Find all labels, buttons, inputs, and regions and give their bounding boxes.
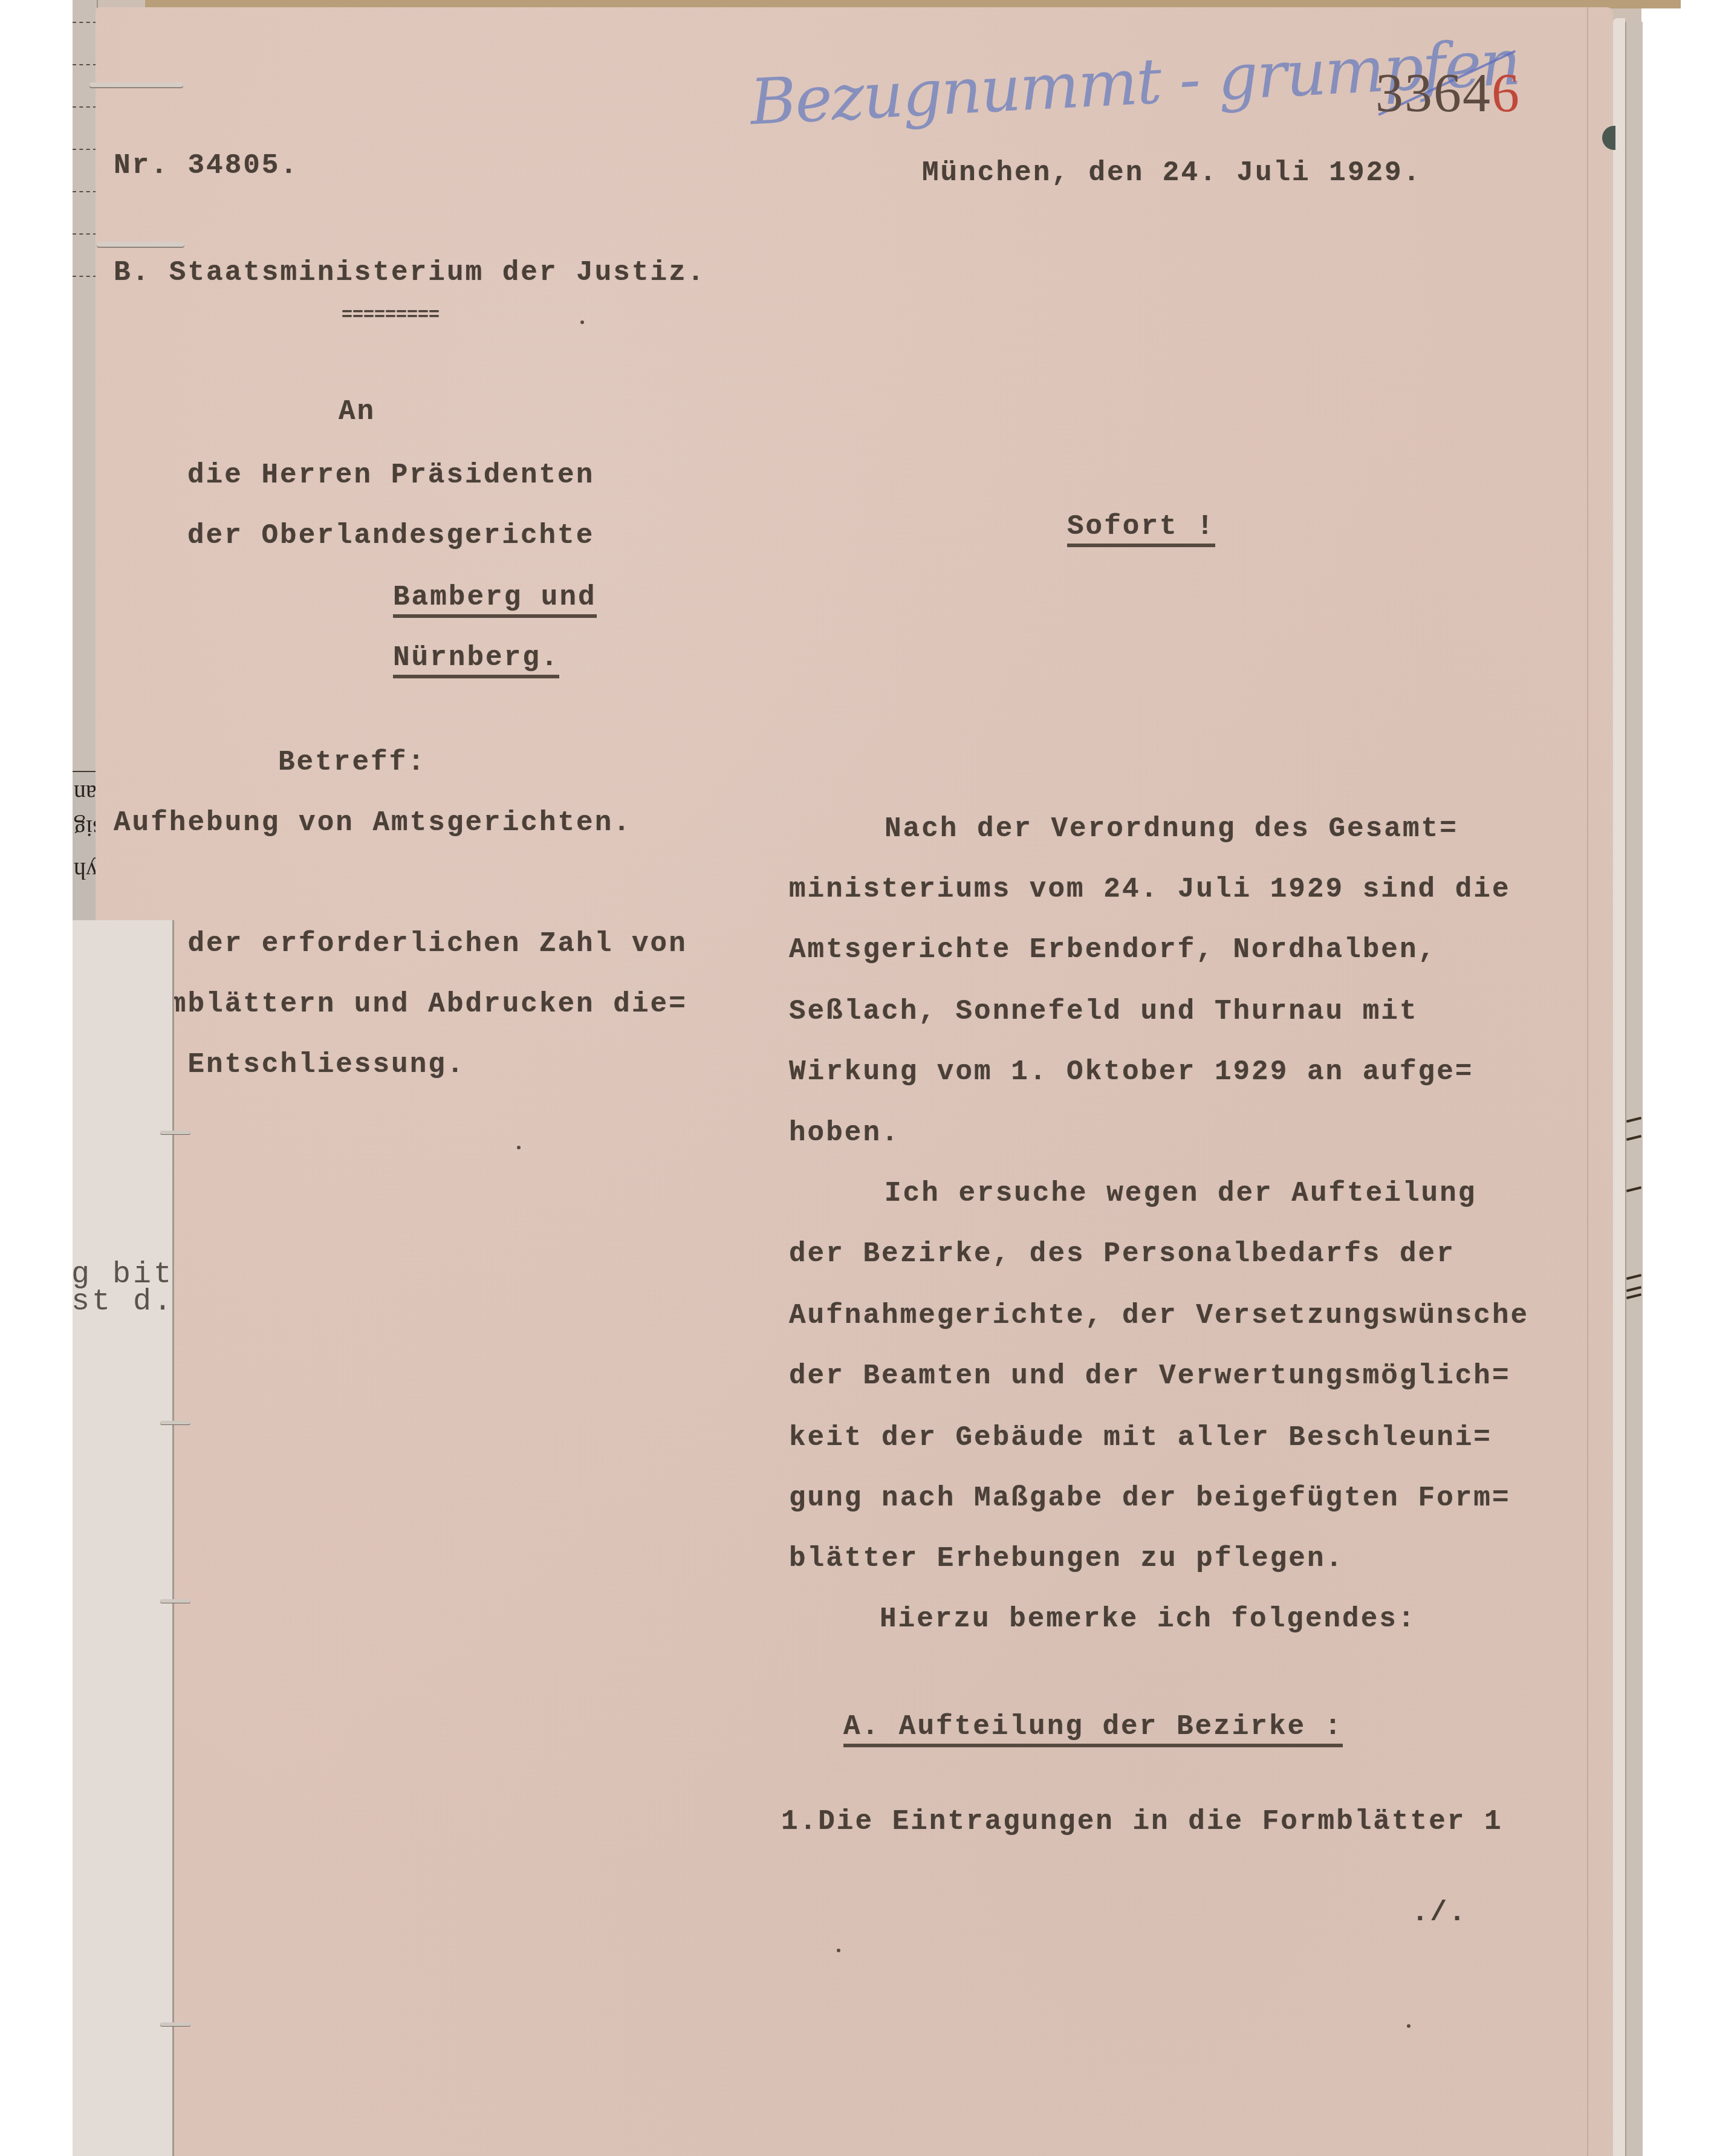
body-p1-line-6: hoben. <box>789 1117 900 1149</box>
recipient-line-1: die Herren Präsidenten <box>187 459 594 491</box>
reference-number: Nr. 34805. <box>114 150 299 181</box>
page-fold-line <box>1587 7 1588 2156</box>
spine-dash <box>73 106 97 108</box>
recipient-line-3: Bamberg und <box>393 582 597 618</box>
stamp-number-last-digit: 6 <box>1492 62 1521 123</box>
sender-ministry: B. Staatsministerium der Justiz. <box>114 257 706 288</box>
subject-text: Aufhebung von Amtsgerichten. <box>114 807 632 839</box>
binding-string <box>89 82 183 87</box>
paper-speck <box>837 1949 840 1952</box>
binding-stitch <box>160 1421 190 1424</box>
paper-speck <box>580 320 584 324</box>
body-p2-line-2: der Bezirke, des Personalbedarfs der <box>789 1238 1455 1270</box>
continuation-mark: ./. <box>1412 1897 1467 1929</box>
inserted-paper-slip <box>73 920 174 2156</box>
underlying-page-edge <box>1612 18 1625 2156</box>
paper-speck <box>517 1146 521 1149</box>
binding-stitch <box>160 1131 190 1134</box>
body-p2-line-7: blätter Erhebungen zu pflegen. <box>789 1543 1344 1574</box>
binding-stitch <box>160 1599 190 1603</box>
stamp-number-text: 33646 <box>1375 62 1521 123</box>
body-p2-line-5: keit der Gebäude mit aller Beschleuni= <box>789 1422 1492 1453</box>
body-p1-line-4: Seßlach, Sonnefeld und Thurnau mit <box>789 996 1418 1027</box>
enclosure-line-2: Formblättern und Abdrucken die= <box>114 989 687 1020</box>
place-date: München, den 24. Juli 1929. <box>922 157 1421 189</box>
body-p1-line-2: ministeriums vom 24. Juli 1929 sind die <box>789 874 1511 905</box>
binding-stitch <box>160 2022 190 2026</box>
subject-label: Betreff: <box>278 747 426 778</box>
paper-speck <box>1407 2024 1410 2028</box>
tab-text-3: yh <box>74 857 98 885</box>
body-p2-line-4: der Beamten und der Verwertungsmöglich= <box>789 1360 1511 1392</box>
recipient-line-2: der Oberlandesgerichte <box>187 520 594 551</box>
body-p3: Hierzu bemerke ich folgendes: <box>880 1603 1417 1635</box>
item-1: 1.Die Eintragungen in die Formblätter 1 <box>781 1806 1503 1837</box>
body-p2-line-6: gung nach Maßgabe der beigefügten Form= <box>789 1482 1511 1514</box>
spine-dash <box>73 149 97 150</box>
slip-text-line-2: st d.J <box>71 1285 168 1319</box>
sender-underline: ========= <box>342 305 440 326</box>
binding-string <box>97 242 184 247</box>
spine-dash <box>73 276 97 277</box>
folder-right-edge <box>1625 22 1643 2156</box>
body-p2-line-3: Aufnahmegerichte, der Versetzungswünsche <box>789 1300 1529 1331</box>
spine-dash <box>73 64 97 65</box>
body-p1-line-1: Nach der Verordnung des Gesamt= <box>885 813 1458 845</box>
spine-dash <box>73 233 97 235</box>
recipient-salutation: An <box>339 396 375 427</box>
body-p1-line-5: Wirkung vom 1. Oktober 1929 an aufge= <box>789 1056 1473 1088</box>
stamp-number: 33646 <box>1375 60 1521 125</box>
body-p2-line-1: Ich ersuche wegen der Aufteilung <box>885 1178 1476 1209</box>
enclosure-line-1: Mit der erforderlichen Zahl von <box>114 928 687 959</box>
spine-dash <box>73 22 97 23</box>
spine-dash <box>73 191 97 192</box>
urgency-marker: Sofort ! <box>1067 511 1215 547</box>
recipient-line-4: Nürnberg. <box>393 642 559 678</box>
body-p1-line-3: Amtsgerichte Erbendorf, Nordhalben, <box>789 934 1436 966</box>
section-heading-a: A. Aufteilung der Bezirke : <box>843 1711 1343 1747</box>
